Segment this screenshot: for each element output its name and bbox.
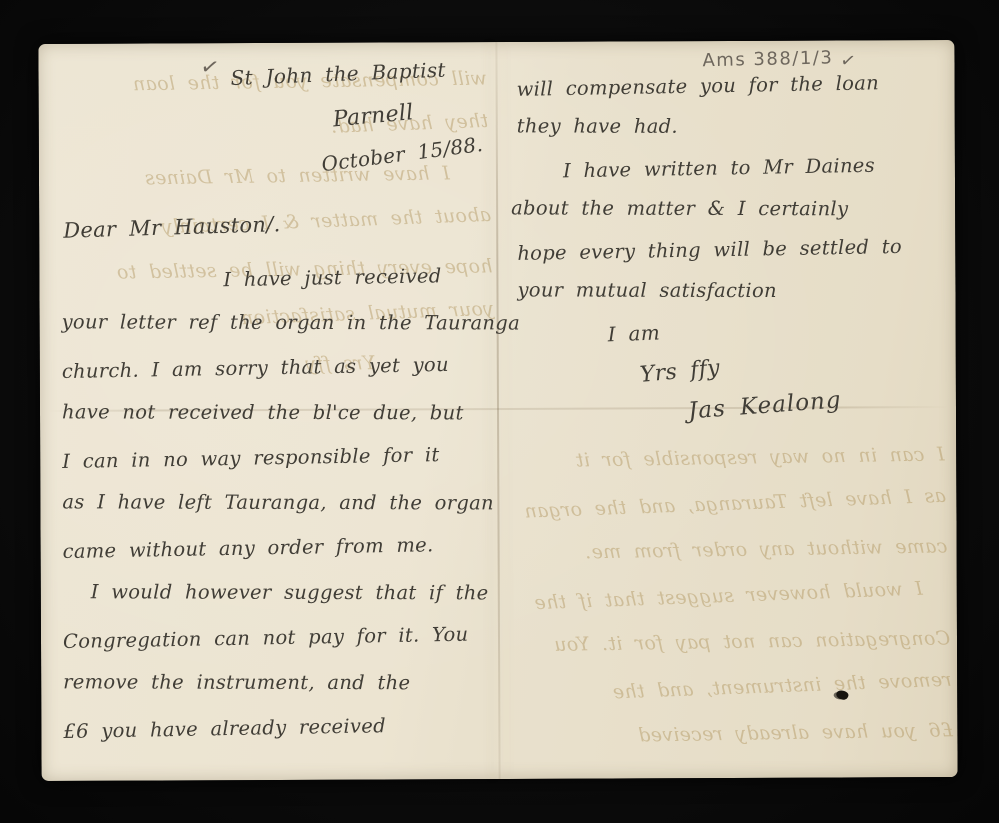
handwritten-line: your letter ref the organ in the Taurang… bbox=[62, 299, 512, 345]
ghost-line: I would however suggest that if the bbox=[508, 566, 923, 627]
handwritten-line: hope every thing will be settled to bbox=[517, 225, 950, 274]
ink-blot bbox=[835, 688, 850, 701]
ghost-line: I can in no way responsible for it bbox=[504, 431, 945, 484]
handwritten-line: as I have left Tauranga, and the organ bbox=[62, 479, 512, 525]
handwritten-line: came without any order from me. bbox=[62, 521, 513, 574]
handwritten-line: I can in no way responsible for it bbox=[62, 431, 513, 484]
right-page-body-text: will compensate you for the loanthey hav… bbox=[516, 64, 949, 312]
ghost-line: came without any order from me. bbox=[507, 523, 948, 576]
handwritten-line: church. I am sorry that as yet you bbox=[61, 341, 512, 394]
letter-salutation: Dear Mr Hauston/. bbox=[63, 212, 281, 243]
handwritten-line: they have had. bbox=[517, 105, 949, 147]
photograph-background: { "photo": { "background_color": "#0c0c0… bbox=[0, 0, 999, 823]
ghost-line: £6 you have already received bbox=[513, 707, 954, 760]
handwritten-line: remove the instrument, and the bbox=[63, 659, 513, 705]
pencil-checkmark-left: ✓ bbox=[198, 54, 221, 82]
handwritten-line: I have just received bbox=[223, 252, 512, 302]
letter-paper: will compensate you for the loanthey hav… bbox=[38, 40, 957, 781]
ink-show-through-right-page: I can in no way responsible for itas I h… bbox=[504, 428, 954, 763]
handwritten-line: I have written to Mr Daines bbox=[563, 143, 950, 191]
signature: Jas Kealong bbox=[687, 387, 842, 424]
handwritten-line: Congregation can not pay for it. You bbox=[63, 611, 514, 664]
ghost-line: remove the instrument, and the bbox=[511, 657, 952, 719]
closing-i-am: I am bbox=[607, 320, 660, 346]
closing-valediction: Yrs ffy bbox=[639, 356, 721, 388]
handwritten-line: about the matter & I certainly bbox=[511, 187, 949, 229]
handwritten-line: I would however suggest that if the bbox=[91, 569, 513, 615]
handwritten-line: your mutual satisfaction bbox=[517, 269, 949, 311]
handwritten-line: £6 you have already received bbox=[63, 701, 514, 754]
letter-heading-address-date: St John the BaptistParnellOctober 15/88. bbox=[230, 52, 511, 173]
handwritten-line: have not received the bl'ce due, but bbox=[62, 389, 512, 435]
ghost-line: Congregation can not pay for it. You bbox=[510, 615, 951, 668]
left-page-body-text: I have just receivedyour letter ref the … bbox=[61, 254, 513, 751]
handwritten-line: will compensate you for the loan bbox=[516, 61, 949, 110]
ghost-line: as I have left Tauranga, and the organ bbox=[505, 473, 946, 535]
